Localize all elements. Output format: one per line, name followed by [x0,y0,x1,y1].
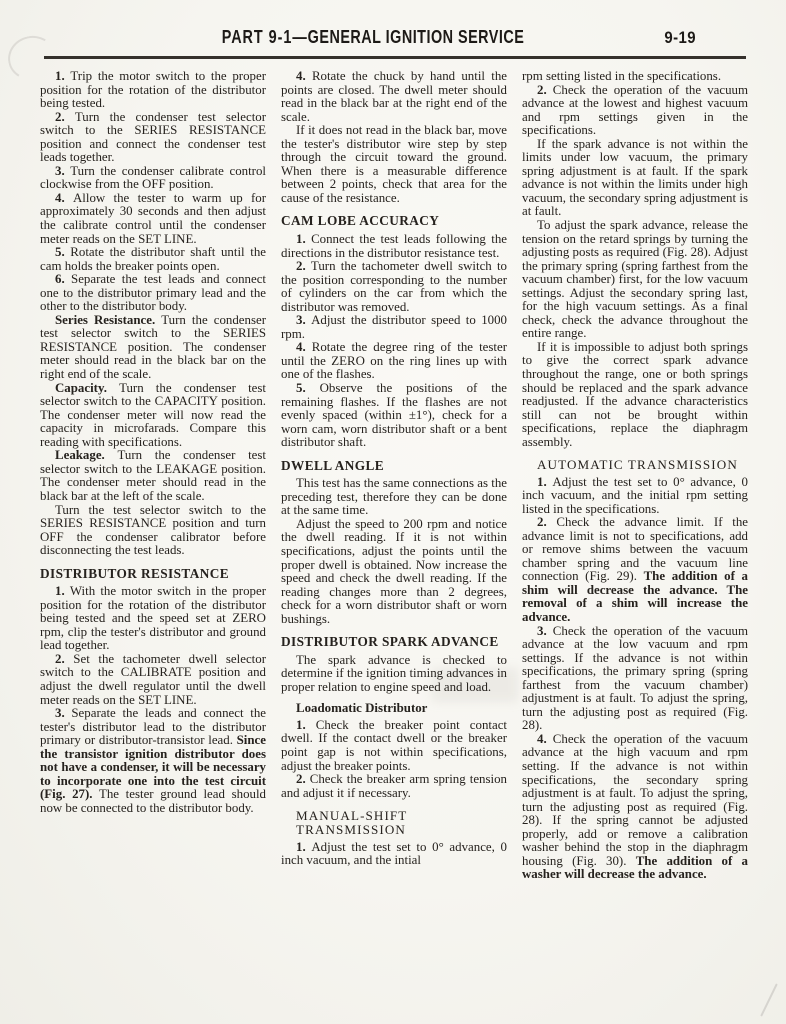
numbered-step: Series Resistance. Turn the condenser te… [40,314,266,382]
text-run: Connect the test leads following the dir… [281,232,507,260]
text-run: Turn the condenser calibrate control clo… [40,164,266,192]
numbered-step: 3. Adjust the distributor speed to 1000 … [281,314,507,341]
sub-heading: AUTOMATIC TRANSMISSION [522,458,748,472]
numbered-step: 1. Adjust the test set to 0° advance, 0 … [522,476,748,517]
bold-text-run: 4. [296,69,312,83]
text-run: With the motor switch in the proper posi… [40,584,266,652]
bold-text-run: 1. [537,475,552,489]
bold-text-run: Capacity. [55,381,119,395]
text-run: To adjust the spark advance, release the… [522,218,748,340]
numbered-step: 2. Check the operation of the vacuum adv… [522,84,748,138]
text-run: Adjust the speed to 200 rpm and notice t… [281,517,507,626]
paragraph: If it is impossible to adjust both sprin… [522,341,748,449]
text-run: rpm setting listed in the specifications… [522,69,721,83]
bold-text-run: Loadomatic Distributor [296,701,427,715]
bold-text-run: 4. [537,732,553,746]
numbered-step: 2. Set the tachometer dwell selector swi… [40,653,266,707]
bold-text-run: 2. [55,652,73,666]
paragraph: Adjust the speed to 200 rpm and notice t… [281,518,507,626]
text-run: AUTOMATIC TRANSMISSION [537,457,738,472]
paragraph: Turn the test selector switch to the SER… [40,504,266,558]
bold-text-run: Leakage. [55,448,117,462]
text-run: Rotate the distributor shaft until the c… [40,245,266,273]
numbered-step: 3. Check the operation of the vacuum adv… [522,625,748,733]
numbered-step: 4. Rotate the degree ring of the tester … [281,341,507,382]
bold-text-run: DWELL ANGLE [281,458,384,473]
bold-text-run: 2. [296,772,310,786]
text-run: MANUAL-SHIFT TRANSMISSION [296,808,407,837]
text-run: If it is impossible to adjust both sprin… [522,340,748,449]
numbered-step: 5. Rotate the distributor shaft until th… [40,246,266,273]
numbered-step: Capacity. Turn the condenser test select… [40,382,266,450]
bold-text-run: 4. [296,340,312,354]
bold-text-run: 2. [537,83,553,97]
text-run: Trip the motor switch to the proper posi… [40,69,266,110]
page-header: PART 9-1—GENERAL IGNITION SERVICE 9-19 [42,27,746,51]
section-heading: CAM LOBE ACCURACY [281,214,507,229]
bold-text-run: 6. [55,272,71,286]
numbered-step: Leakage. Turn the condenser test selecto… [40,449,266,503]
section-title: GENERAL IGNITION SERVICE [308,27,525,47]
text-run: Separate the test leads and connect one … [40,272,266,313]
scan-scratch-artifact [760,983,778,1016]
text-run: Turn the condenser test selector switch … [40,110,266,165]
numbered-step: 6. Separate the test leads and connect o… [40,273,266,314]
numbered-step: 2. Turn the tachometer dwell switch to t… [281,260,507,314]
bold-text-run: 2. [537,515,556,529]
paragraph: If it does not read in the black bar, mo… [281,124,507,205]
numbered-step: 1. Connect the test leads following the … [281,233,507,260]
text-run: Rotate the degree ring of the tester unt… [281,340,507,381]
bold-text-run: 3. [296,313,311,327]
numbered-step: 1. Trip the motor switch to the proper p… [40,70,266,111]
bold-text-run: 1. [55,584,70,598]
paragraph: rpm setting listed in the specifications… [522,70,748,84]
numbered-step: 1. With the motor switch in the proper p… [40,585,266,653]
text-run: If the spark advance is not within the l… [522,137,748,219]
manual-page: PART 9-1—GENERAL IGNITION SERVICE 9-19 1… [0,0,786,1024]
numbered-step: 1. Check the breaker point contact dwell… [281,719,507,773]
page-number: 9-19 [664,28,696,48]
numbered-step: 2. Turn the condenser test selector swit… [40,111,266,165]
text-run: Check the breaker arm spring tension and… [281,772,507,800]
text-run: Adjust the test set to 0° advance, 0 inc… [281,840,507,868]
bold-text-run: 3. [55,164,70,178]
section-heading: DWELL ANGLE [281,459,507,474]
bold-text-run: 5. [55,245,70,259]
bold-text-run: 4. [55,191,73,205]
text-column-1: 1. Trip the motor switch to the proper p… [40,70,266,1006]
bold-text-run: 1. [296,718,316,732]
numbered-step: 3. Separate the leads and connect the te… [40,707,266,815]
text-run: Rotate the chuck by hand until the point… [281,69,507,124]
text-run: Check the breaker point contact dwell. I… [281,718,507,773]
text-columns: 1. Trip the motor switch to the proper p… [40,70,748,1006]
bold-text-run: 5. [296,381,320,395]
text-column-2: 4. Rotate the chuck by hand until the po… [281,70,507,1006]
bold-text-run: CAM LOBE ACCURACY [281,213,439,228]
text-run: Check the operation of the vacuum advanc… [522,732,748,868]
text-run: Turn the test selector switch to the SER… [40,503,266,558]
numbered-step: 2. Check the breaker arm spring tension … [281,773,507,800]
bold-text-run: 1. [55,69,70,83]
bold-text-run: 3. [537,624,553,638]
bold-text-run: Series Resistance. [55,313,161,327]
bold-text-run: DISTRIBUTOR RESISTANCE [40,566,229,581]
bold-text-run: DISTRIBUTOR SPARK ADVANCE [281,634,499,649]
bold-text-run: 3. [55,706,71,720]
text-run: Adjust the distributor speed to 1000 rpm… [281,313,507,341]
numbered-step: 2. Check the advance limit. If the advan… [522,516,748,624]
bold-text-run: 2. [296,259,311,273]
text-run: Check the operation of the vacuum advanc… [522,624,748,733]
text-run: The spark advance is checked to determin… [281,653,507,694]
paragraph: The spark advance is checked to determin… [281,654,507,695]
text-run: Set the tachometer dwell selector switch… [40,652,266,707]
numbered-step: 4. Check the operation of the vacuum adv… [522,733,748,882]
bold-text-run: 1. [296,840,311,854]
paragraph: If the spark advance is not within the l… [522,138,748,219]
numbered-step: 5. Observe the positions of the remainin… [281,382,507,450]
text-run: Turn the tachometer dwell switch to the … [281,259,507,314]
bold-text-run: 2. [55,110,75,124]
numbered-step: 4. Rotate the chuck by hand until the po… [281,70,507,124]
sub-heading: Loadomatic Distributor [281,702,507,716]
numbered-step: 4. Allow the tester to warm up for appro… [40,192,266,246]
text-run: This test has the same connections as th… [281,476,507,517]
section-heading: DISTRIBUTOR SPARK ADVANCE [281,635,507,650]
bold-text-run: 1. [296,232,311,246]
text-run: Adjust the test set to 0° advance, 0 inc… [522,475,748,516]
text-run: Allow the tester to warm up for approxim… [40,191,266,246]
section-heading: DISTRIBUTOR RESISTANCE [40,567,266,582]
text-run: Check the operation of the vacuum advanc… [522,83,748,138]
part-label: PART 9-1— [222,27,308,47]
paragraph: This test has the same connections as th… [281,477,507,518]
page-title: PART 9-1—GENERAL IGNITION SERVICE [222,27,525,48]
numbered-step: 3. Turn the condenser calibrate control … [40,165,266,192]
paragraph: To adjust the spark advance, release the… [522,219,748,341]
sub-heading: MANUAL-SHIFT TRANSMISSION [281,809,507,837]
text-column-3: rpm setting listed in the specifications… [522,70,748,1006]
text-run: Separate the leads and connect the teste… [40,706,266,747]
text-run: If it does not read in the black bar, mo… [281,123,507,205]
header-rule [44,56,746,59]
numbered-step: 1. Adjust the test set to 0° advance, 0 … [281,841,507,868]
